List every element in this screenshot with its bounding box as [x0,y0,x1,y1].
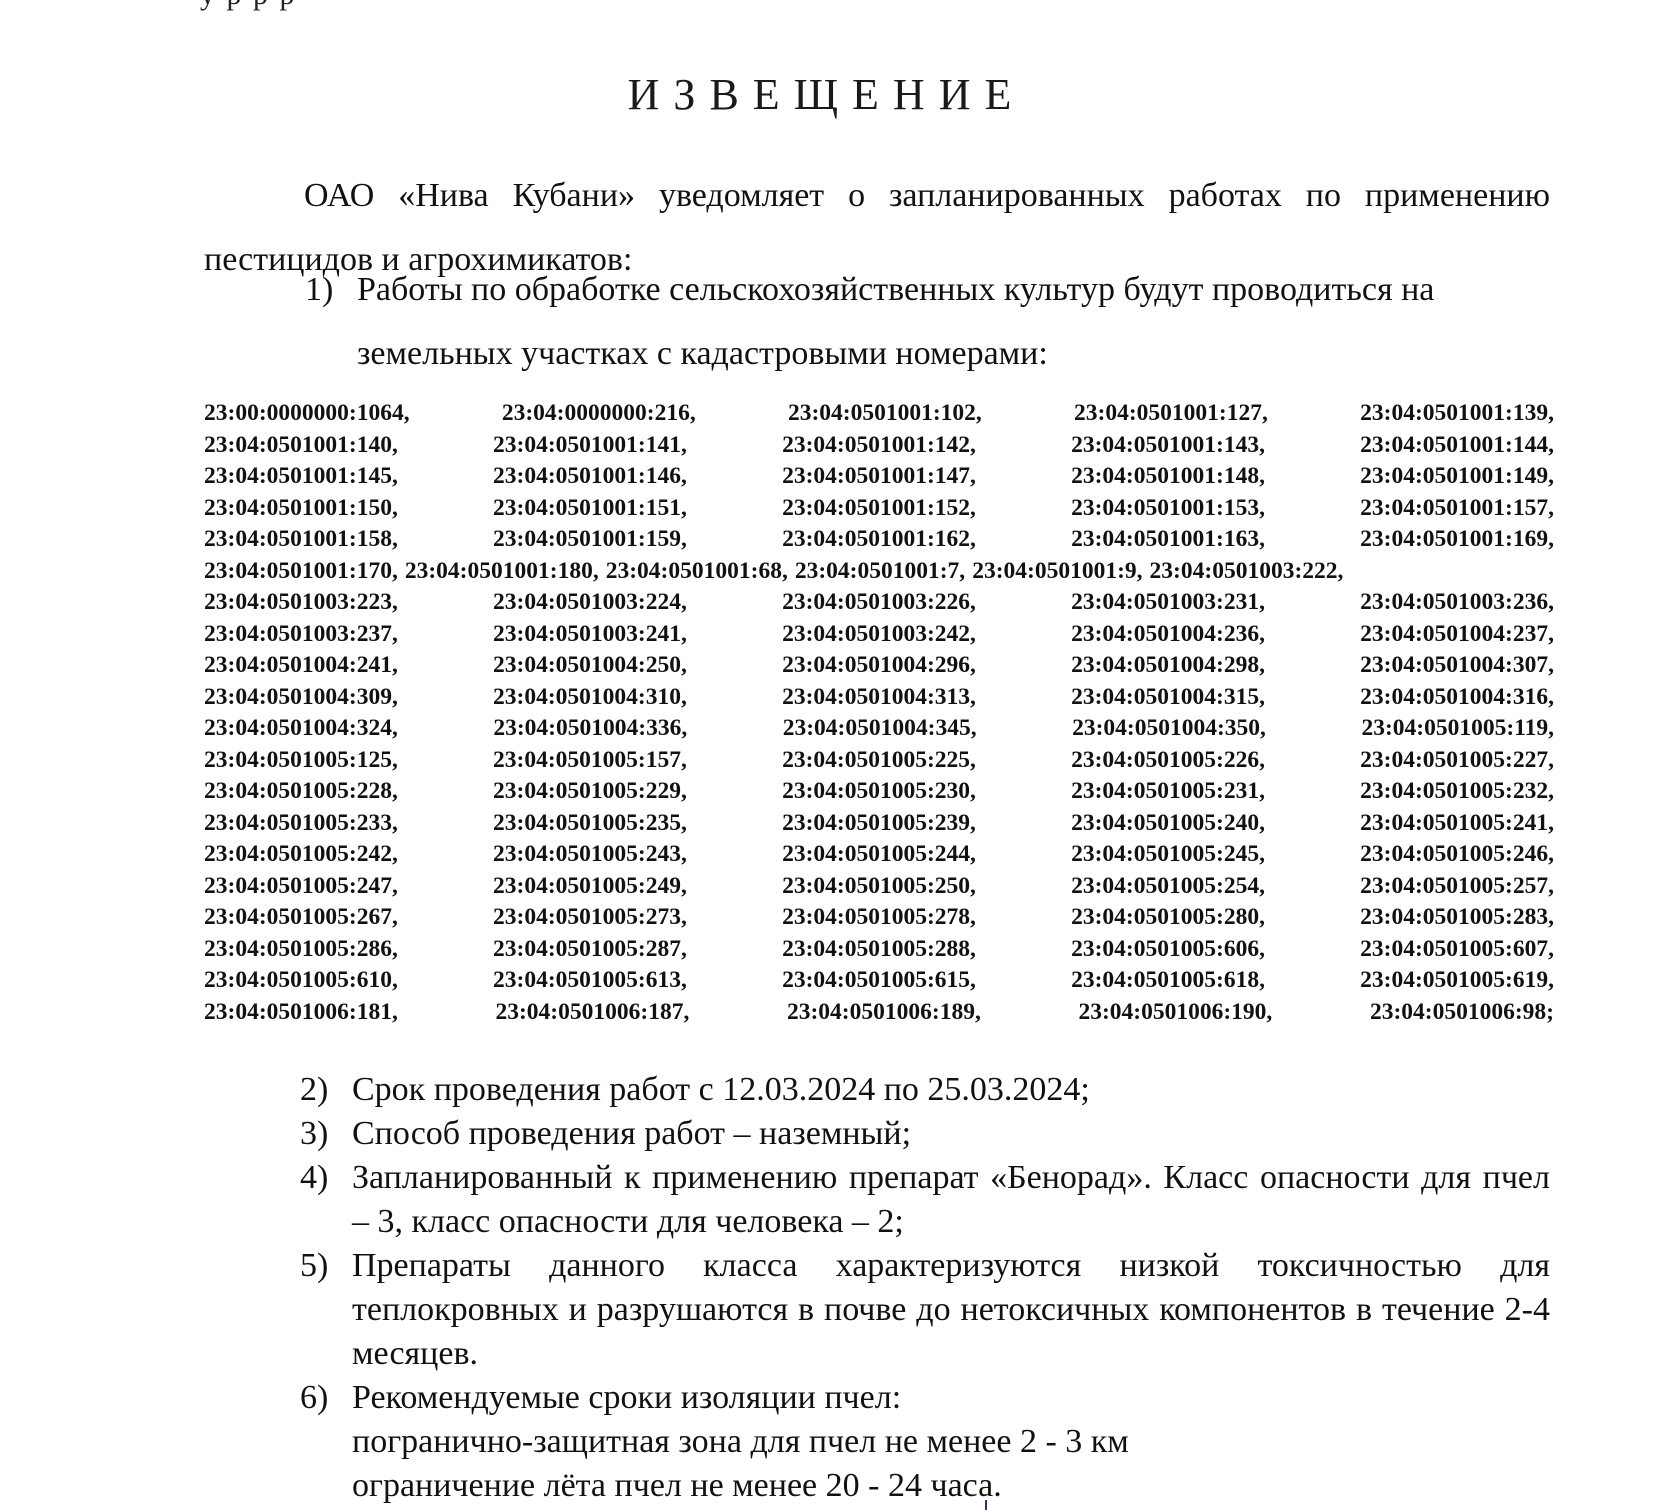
item-number: 2) [300,1068,328,1112]
cadastral-number: 23:04:0501003:231, [1071,587,1265,619]
cadastral-number: 23:04:0501001:144, [1360,430,1554,462]
flight-restriction-line: ограничение лёта пчел не менее 20 - 24 ч… [352,1464,1550,1508]
item-text: Способ проведения работ – наземный; [352,1112,1550,1156]
cadastral-number: 23:04:0501005:267, [204,902,398,934]
cadastral-number: 23:04:0501004:298, [1071,650,1265,682]
cadastral-row: 23:04:0501006:181,23:04:0501006:187,23:0… [204,997,1554,1029]
item-number: 5) [300,1244,328,1288]
cadastral-number: 23:04:0501005:235, [493,808,687,840]
cadastral-number: 23:04:0501005:227, [1360,745,1554,777]
cadastral-number: 23:04:0501005:231, [1071,776,1265,808]
cadastral-number: 23:04:0501005:273, [493,902,687,934]
cadastral-row: 23:04:0501005:286,23:04:0501005:287,23:0… [204,934,1554,966]
cadastral-number: 23:04:0501005:606, [1071,934,1265,966]
cadastral-number: 23:04:0501001:151, [493,493,687,525]
cadastral-number: 23:04:0501006:181, [204,997,398,1029]
cadastral-number: 23:04:0501003:241, [493,619,687,651]
cadastral-number: 23:04:0501004:236, [1071,619,1265,651]
cadastral-number: 23:04:0501001:152, [782,493,976,525]
cadastral-number: 23:04:0501005:233, [204,808,398,840]
item-text: Запланированный к применению препарат «Б… [352,1156,1550,1244]
cadastral-number: 23:04:0501005:249, [493,871,687,903]
cadastral-number: 23:04:0501003:236, [1360,587,1554,619]
cadastral-number: 23:04:0501005:244, [782,839,976,871]
cadastral-number: 23:04:0501004:350, [1072,713,1266,745]
cadastral-number: 23:04:0501005:247, [204,871,398,903]
cadastral-number: 23:04:0501005:254, [1071,871,1265,903]
cadastral-number: 23:04:0501005:230, [782,776,976,808]
cadastral-number: 23:04:0501001:150, [204,493,398,525]
cropped-top-line: у р р р [200,0,297,12]
list-item-1: 1) Работы по обработке сельскохозяйствен… [305,258,1555,386]
cadastral-number: 23:04:0501005:278, [782,902,976,934]
cadastral-number: 23:04:0501005:225, [782,745,976,777]
cadastral-number: 23:00:0000000:1064, [204,398,410,430]
item-text: Работы по обработке сельскохозяйственных… [357,258,1555,386]
cadastral-number: 23:04:0501004:309, [204,682,398,714]
cadastral-number-list: 23:00:0000000:1064,23:04:0000000:216,23:… [204,398,1554,1028]
cadastral-number: 23:04:0501005:257, [1360,871,1554,903]
cadastral-number: 23:04:0501005:228, [204,776,398,808]
ink-mark [985,1500,987,1510]
cadastral-number: 23:04:0501001:159, [493,524,687,556]
cadastral-number: 23:04:0501006:190, [1078,997,1272,1029]
cadastral-number: 23:04:0501004:324, [204,713,398,745]
cadastral-number: 23:04:0501005:280, [1071,902,1265,934]
cadastral-number: 23:04:0501001:147, [782,461,976,493]
cadastral-row: 23:04:0501004:324,23:04:0501004:336,23:0… [204,713,1554,745]
cadastral-number: 23:04:0501005:226, [1071,745,1265,777]
cadastral-number: 23:04:0501001:158, [204,524,398,556]
cadastral-number: 23:04:0501005:615, [782,965,976,997]
cadastral-number: 23:04:0501003:224, [493,587,687,619]
cadastral-number: 23:04:0501004:310, [493,682,687,714]
cadastral-number: 23:04:0501004:336, [493,713,687,745]
cadastral-number: 23:04:0501006:189, [787,997,981,1029]
cadastral-number: 23:04:0501001:169, [1360,524,1554,556]
cadastral-row: 23:04:0501005:242,23:04:0501005:243,23:0… [204,839,1554,871]
cadastral-number: 23:04:0501004:250, [493,650,687,682]
cadastral-number: 23:04:0501001:139, [1360,398,1554,430]
cadastral-number: 23:04:0501005:619, [1360,965,1554,997]
cadastral-number: 23:04:0501004:315, [1071,682,1265,714]
cadastral-number: 23:04:0501001:102, [788,398,982,430]
cadastral-row: 23:04:0501001:140,23:04:0501001:141,23:0… [204,430,1554,462]
cadastral-number: 23:04:0501004:237, [1360,619,1554,651]
cadastral-number: 23:04:0501005:125, [204,745,398,777]
cadastral-number: 23:04:0501005:607, [1360,934,1554,966]
cadastral-number: 23:04:0501005:250, [782,871,976,903]
cadastral-number: 23:04:0501003:242, [782,619,976,651]
cadastral-row: 23:04:0501001:170,23:04:0501001:180,23:0… [204,556,1554,588]
item-number: 4) [300,1156,328,1200]
cadastral-number: 23:04:0501001:163, [1071,524,1265,556]
cadastral-number: 23:04:0501004:345, [783,713,977,745]
cadastral-number: 23:04:0501006:98; [1370,997,1554,1029]
item-text: Препараты данного класса характеризуются… [352,1244,1550,1376]
cadastral-number: 23:04:0501001:148, [1071,461,1265,493]
notice-items-list: 2) Срок проведения работ с 12.03.2024 по… [300,1068,1550,1508]
cadastral-row: 23:04:0501005:233,23:04:0501005:235,23:0… [204,808,1554,840]
buffer-zone-line: погранично-защитная зона для пчел не мен… [352,1420,1550,1464]
cadastral-number: 23:04:0501005:157, [493,745,687,777]
cadastral-number: 23:04:0501005:287, [493,934,687,966]
cadastral-number: 23:04:0501005:241, [1360,808,1554,840]
cadastral-number: 23:04:0501001:7, [795,556,965,588]
item-number: 6) [300,1376,328,1420]
cadastral-row: 23:04:0501003:237,23:04:0501003:241,23:0… [204,619,1554,651]
cadastral-number: 23:04:0501005:229, [493,776,687,808]
cadastral-number: 23:04:0501005:119, [1361,713,1554,745]
cadastral-row: 23:04:0501004:241,23:04:0501004:250,23:0… [204,650,1554,682]
cadastral-number: 23:04:0501001:145, [204,461,398,493]
cadastral-number: 23:04:0501005:618, [1071,965,1265,997]
cadastral-number: 23:04:0501004:307, [1360,650,1554,682]
cadastral-number: 23:04:0501005:288, [782,934,976,966]
cadastral-row: 23:04:0501005:125,23:04:0501005:157,23:0… [204,745,1554,777]
cadastral-number: 23:04:0501006:187, [495,997,689,1029]
cadastral-number: 23:04:0501004:296, [782,650,976,682]
list-item-3: 3) Способ проведения работ – наземный; [300,1112,1550,1156]
cadastral-number: 23:04:0501005:286, [204,934,398,966]
cadastral-row: 23:04:0501005:228,23:04:0501005:229,23:0… [204,776,1554,808]
cadastral-number: 23:04:0501001:9, [972,556,1142,588]
cadastral-number: 23:04:0501001:143, [1071,430,1265,462]
cadastral-number: 23:04:0501005:245, [1071,839,1265,871]
cadastral-number: 23:04:0501001:180, [405,556,599,588]
cadastral-row: 23:04:0501001:150,23:04:0501001:151,23:0… [204,493,1554,525]
cadastral-row: 23:04:0501003:223,23:04:0501003:224,23:0… [204,587,1554,619]
cadastral-number: 23:04:0501001:146, [493,461,687,493]
cadastral-number: 23:04:0501004:241, [204,650,398,682]
item-text: Рекомендуемые сроки изоляции пчел: [352,1376,1550,1420]
cadastral-number: 23:04:0501001:170, [204,556,398,588]
cadastral-row: 23:04:0501001:158,23:04:0501001:159,23:0… [204,524,1554,556]
cadastral-number: 23:04:0501005:232, [1360,776,1554,808]
cadastral-number: 23:04:0501005:610, [204,965,398,997]
item-text: Срок проведения работ с 12.03.2024 по 25… [352,1068,1550,1112]
list-item-2: 2) Срок проведения работ с 12.03.2024 по… [300,1068,1550,1112]
cadastral-row: 23:04:0501001:145,23:04:0501001:146,23:0… [204,461,1554,493]
cadastral-number: 23:04:0501001:153, [1071,493,1265,525]
cadastral-row: 23:04:0501005:610,23:04:0501005:613,23:0… [204,965,1554,997]
cadastral-number: 23:04:0501001:141, [493,430,687,462]
cadastral-number: 23:04:0501004:316, [1360,682,1554,714]
cadastral-row: 23:04:0501004:309,23:04:0501004:310,23:0… [204,682,1554,714]
cadastral-number: 23:04:0000000:216, [502,398,696,430]
cadastral-number: 23:04:0501005:239, [782,808,976,840]
cadastral-number: 23:04:0501001:162, [782,524,976,556]
cadastral-number: 23:04:0501003:222, [1150,556,1344,588]
item-number: 3) [300,1112,328,1156]
cadastral-number: 23:04:0501001:142, [782,430,976,462]
cadastral-number: 23:04:0501001:140, [204,430,398,462]
cadastral-number: 23:04:0501003:223, [204,587,398,619]
cadastral-number: 23:04:0501005:240, [1071,808,1265,840]
cadastral-number: 23:04:0501004:313, [782,682,976,714]
cadastral-number: 23:04:0501003:226, [782,587,976,619]
item-number: 1) [305,258,333,322]
cadastral-number: 23:04:0501005:246, [1360,839,1554,871]
cadastral-number: 23:04:0501005:283, [1360,902,1554,934]
cadastral-row: 23:04:0501005:247,23:04:0501005:249,23:0… [204,871,1554,903]
cadastral-row: 23:00:0000000:1064,23:04:0000000:216,23:… [204,398,1554,430]
cadastral-number: 23:04:0501003:237, [204,619,398,651]
cadastral-number: 23:04:0501001:149, [1360,461,1554,493]
page-title: ИЗВЕЩЕНИЕ [0,69,1653,120]
cadastral-number: 23:04:0501005:242, [204,839,398,871]
cadastral-number: 23:04:0501001:127, [1074,398,1268,430]
list-item-5: 5) Препараты данного класса характеризую… [300,1244,1550,1376]
notice-page: у р р р ИЗВЕЩЕНИЕ ОАО «Нива Кубани» увед… [0,0,1653,1510]
cadastral-row: 23:04:0501005:267,23:04:0501005:273,23:0… [204,902,1554,934]
cadastral-number: 23:04:0501005:613, [493,965,687,997]
list-item-4: 4) Запланированный к применению препарат… [300,1156,1550,1244]
cadastral-number: 23:04:0501001:68, [606,556,788,588]
list-item-6: 6) Рекомендуемые сроки изоляции пчел: по… [300,1376,1550,1508]
cadastral-number: 23:04:0501005:243, [493,839,687,871]
cadastral-number: 23:04:0501001:157, [1360,493,1554,525]
